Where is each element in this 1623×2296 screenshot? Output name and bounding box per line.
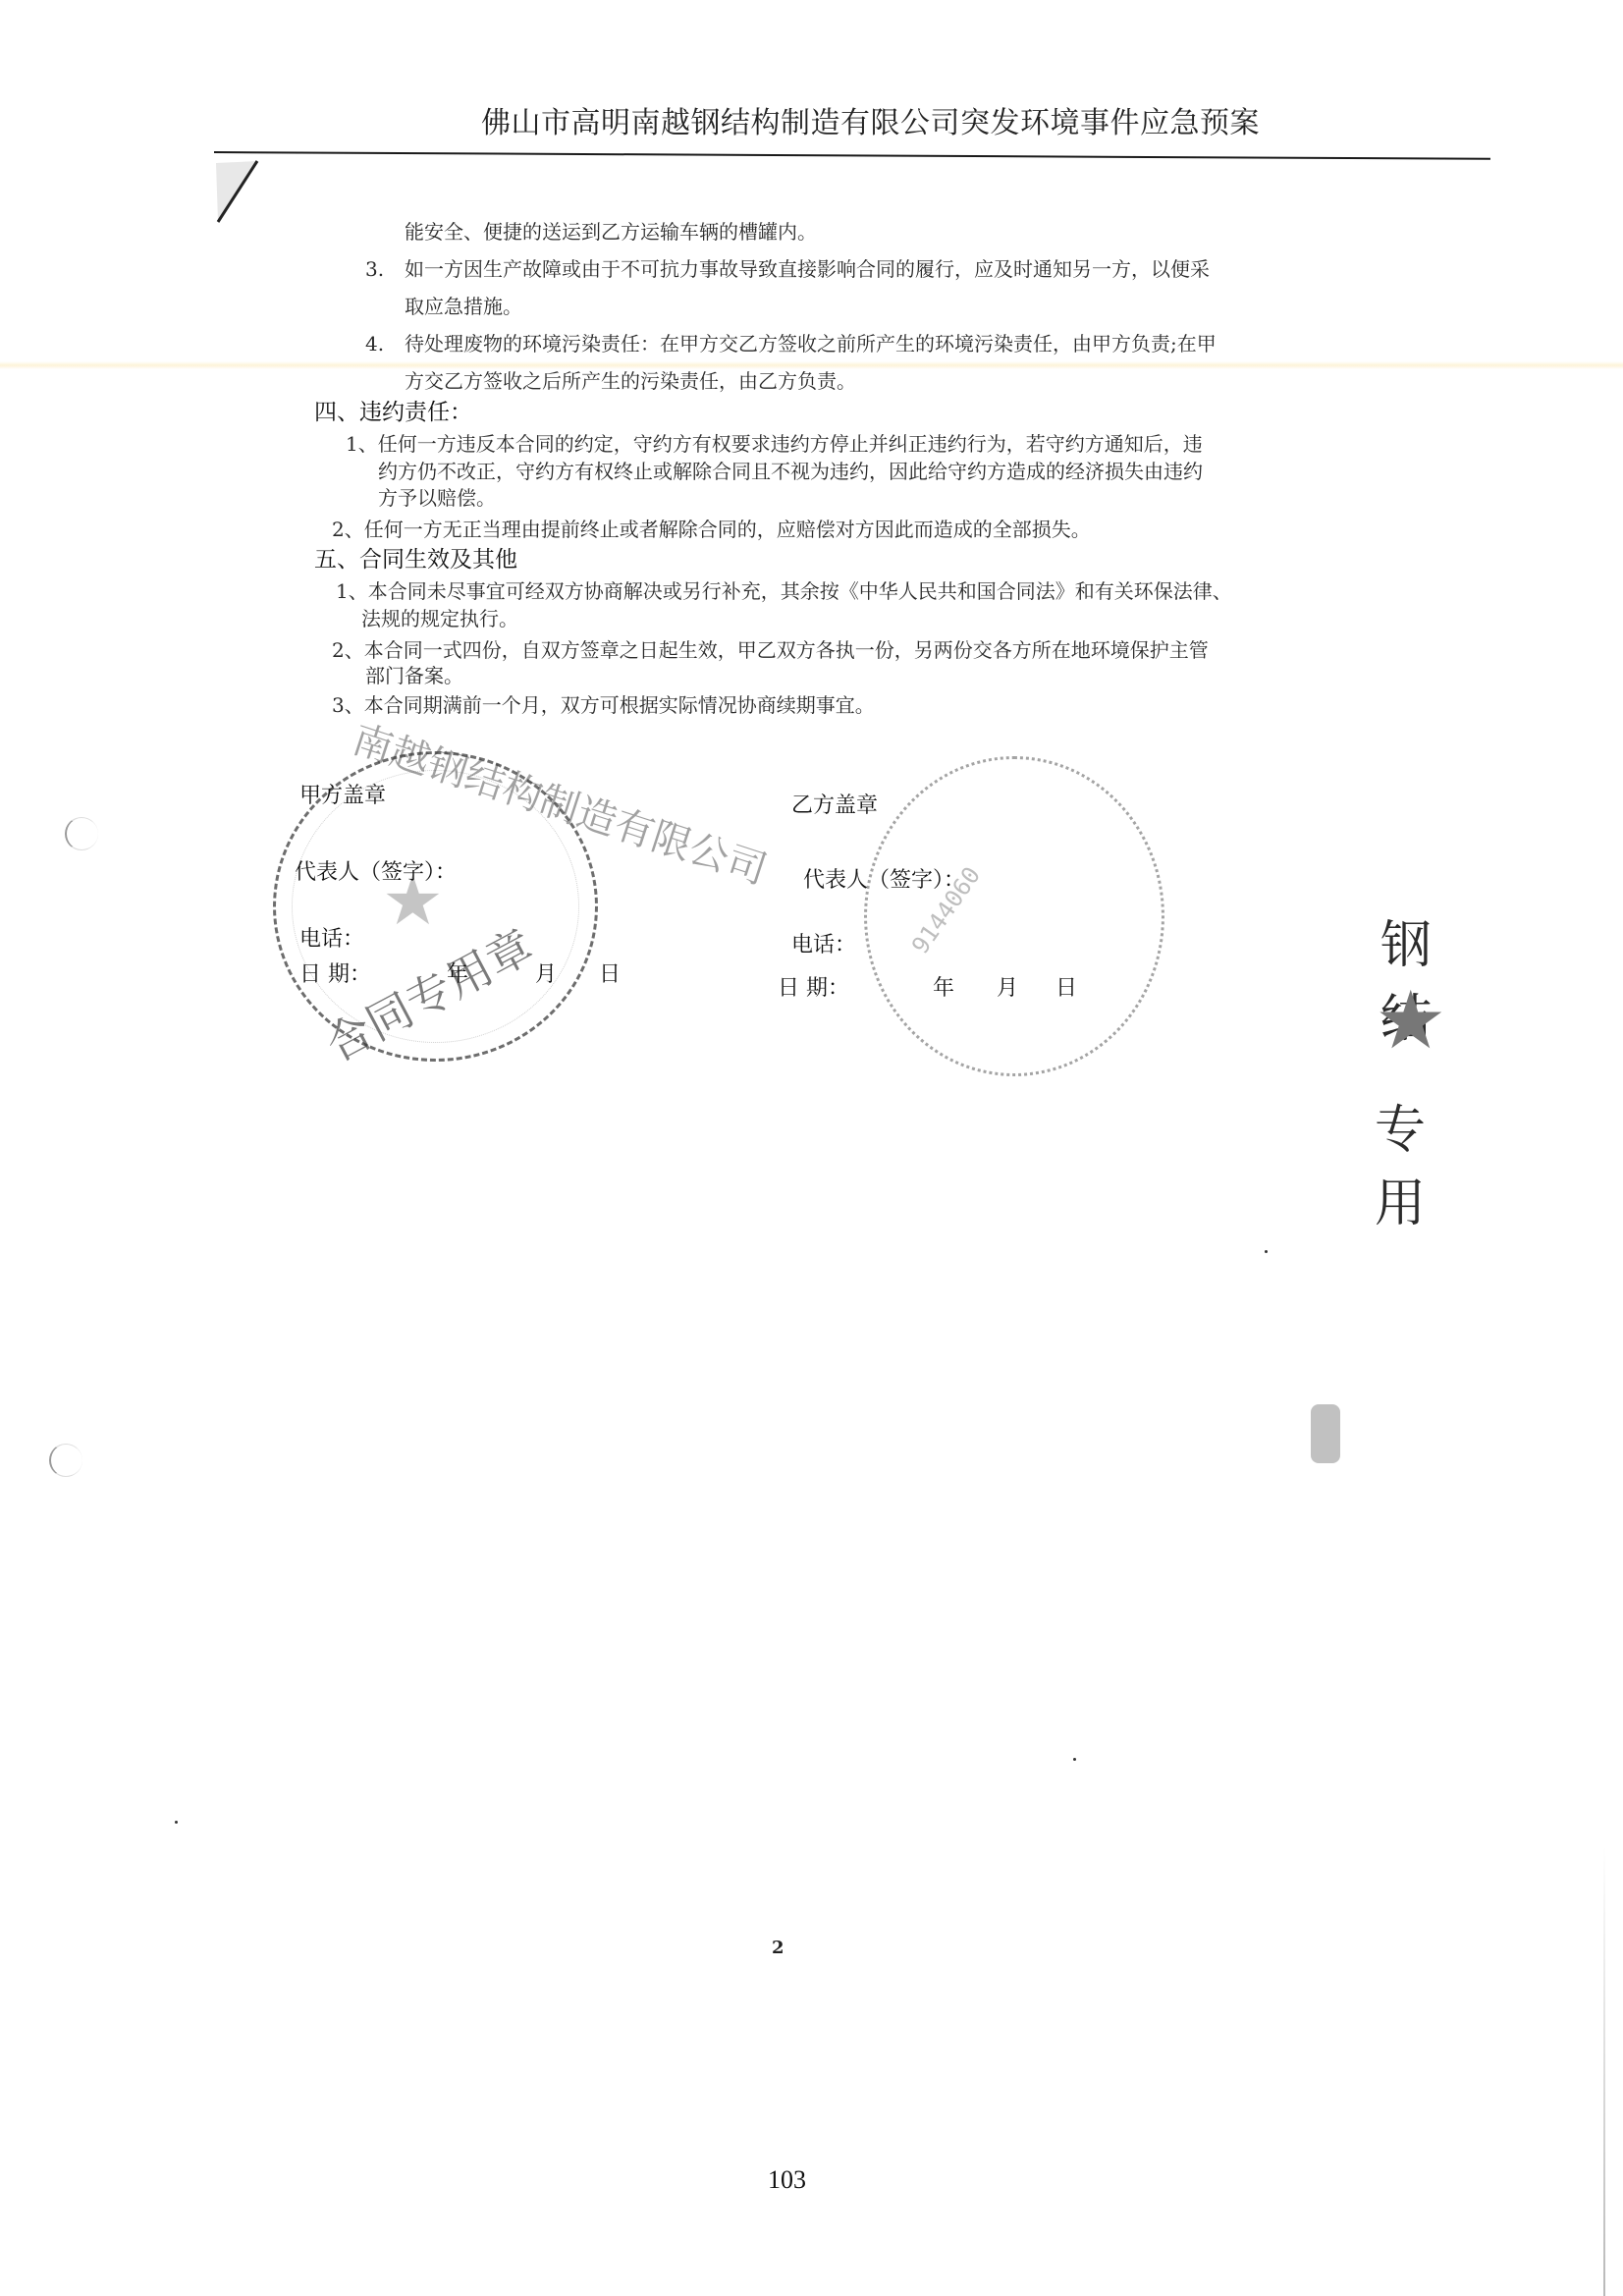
party-b-company-seal: 9144060 bbox=[864, 756, 1164, 1076]
item-4-line-1: 待处理废物的环境污染责任：在甲方交乙方签收之前所产生的环境污染责任，由甲方负责;… bbox=[405, 332, 1217, 356]
party-a-day-label: 日 bbox=[599, 962, 621, 988]
party-b-month-label: 月 bbox=[997, 976, 1018, 1002]
section-4-item-1-line-3: 方予以赔偿。 bbox=[378, 486, 496, 511]
party-b-rep-label: 代表人（签字）： bbox=[803, 868, 965, 894]
party-b-seal-label: 乙方盖章 bbox=[791, 793, 878, 819]
header-divider bbox=[214, 151, 1490, 160]
section-5-item-3-line-1: 3、本合同期满前一个月，双方可根据实际情况协商续期事宜。 bbox=[332, 693, 875, 718]
party-a-phone-label: 电话： bbox=[299, 927, 364, 953]
scan-speck bbox=[1265, 1250, 1268, 1253]
section-5-item-2-line-1: 2、本合同一式四份，自双方签章之日起生效，甲乙双方各执一份，另两份交各方所在地环… bbox=[332, 638, 1209, 663]
party-a-date-label: 日 期： bbox=[299, 962, 371, 988]
binder-punch-hole bbox=[65, 817, 98, 850]
scan-artifact-band bbox=[0, 361, 1623, 369]
item-3-line-2: 取应急措施。 bbox=[405, 295, 522, 319]
binder-punch-hole bbox=[49, 1444, 82, 1477]
document-header-title: 佛山市高明南越钢结构制造有限公司突发环境事件应急预案 bbox=[481, 98, 1286, 141]
scan-speck bbox=[1073, 1758, 1076, 1761]
section-5-heading: 五、合同生效及其他 bbox=[314, 546, 517, 574]
section-4-item-1-line-1: 1、任何一方违反本合同的约定，守约方有权要求违约方停止并纠正违约行为，若守约方通… bbox=[346, 432, 1203, 457]
edge-partial-seal: 钢结 ★ 专用 bbox=[1375, 864, 1463, 1208]
party-a-seal-label: 甲方盖章 bbox=[299, 784, 386, 809]
section-5-item-1-line-2: 法规的规定执行。 bbox=[361, 607, 518, 631]
section-4-item-2-line-1: 2、任何一方无正当理由提前终止或者解除合同的，应赔偿对方因此而造成的全部损失。 bbox=[332, 518, 1091, 542]
scan-speck bbox=[175, 1821, 178, 1824]
inner-page-number: 2 bbox=[772, 1938, 784, 1958]
edge-seal-text-bottom: 专用 bbox=[1375, 1088, 1463, 1235]
section-4-heading: 四、违约责任： bbox=[314, 399, 472, 426]
section-5-item-1-line-1: 1、本合同未尽事宜可经双方协商解决或另行补充，其余按《中华人民共和国合同法》和有… bbox=[336, 579, 1232, 604]
party-b-day-label: 日 bbox=[1055, 976, 1077, 1002]
section-5-item-2-line-2: 部门备案。 bbox=[365, 664, 463, 688]
scan-corner-mark bbox=[214, 157, 263, 226]
section-4-item-1-line-2: 约方仍不改正，守约方有权终止或解除合同且不视为违约，因此给守约方造成的经济损失由… bbox=[378, 460, 1203, 484]
page-number: 103 bbox=[768, 2165, 806, 2195]
scan-smudge bbox=[1311, 1404, 1340, 1463]
party-a-rep-label: 代表人（签字）： bbox=[295, 860, 457, 886]
item-4-number: 4. bbox=[365, 332, 384, 356]
party-b-phone-label: 电话： bbox=[791, 933, 856, 958]
continued-line: 能安全、便捷的送运到乙方运输车辆的槽罐内。 bbox=[405, 220, 817, 245]
party-a-year-label: 年 bbox=[447, 962, 468, 988]
party-b-year-label: 年 bbox=[933, 976, 954, 1002]
page-edge-shadow bbox=[1603, 1846, 1605, 2296]
party-b-date-label: 日 期： bbox=[778, 976, 849, 1002]
item-3-line-1: 如一方因生产故障或由于不可抗力事故导致直接影响合同的履行，应及时通知另一方，以便… bbox=[405, 257, 1210, 282]
party-a-month-label: 月 bbox=[535, 962, 557, 988]
item-3-number: 3. bbox=[365, 257, 384, 282]
item-4-line-2: 方交乙方签收之后所产生的污染责任，由乙方负责。 bbox=[405, 369, 856, 394]
edge-seal-star-icon: ★ bbox=[1375, 974, 1447, 1067]
